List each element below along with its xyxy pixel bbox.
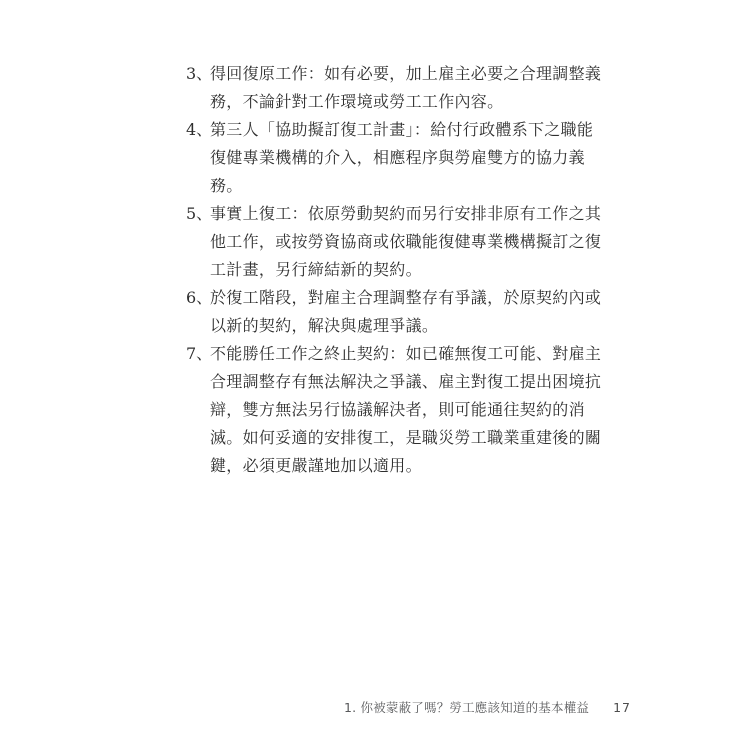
list-item: 5、 事實上復工：依原勞動契約而另行安排非原有工作之其他工作，或按勞資協商或依職…	[186, 200, 622, 284]
text-line: 務，不論針對工作環境或勞工工作內容。	[210, 88, 622, 116]
text-line: 於復工階段，對雇主合理調整存有爭議，於原契約內或	[210, 284, 622, 312]
item-lines: 事實上復工：依原勞動契約而另行安排非原有工作之其他工作，或按勞資協商或依職能復健…	[210, 200, 622, 284]
book-page: 3、 得回復原工作：如有必要，加上雇主必要之合理調整義務，不論針對工作環境或勞工…	[0, 0, 750, 750]
item-number: 4、	[186, 116, 210, 144]
numbered-list: 3、 得回復原工作：如有必要，加上雇主必要之合理調整義務，不論針對工作環境或勞工…	[186, 60, 622, 480]
text-line: 合理調整存有無法解決之爭議、雇主對復工提出困境抗	[210, 368, 622, 396]
page-footer: 1. 你被蒙蔽了嗎？勞工應該知道的基本權益 17	[344, 700, 631, 716]
text-line: 第三人「協助擬訂復工計畫」：給付行政體系下之職能	[210, 116, 622, 144]
text-line: 滅。如何妥適的安排復工，是職災勞工職業重建後的關	[210, 424, 622, 452]
footer-page-number: 17	[613, 700, 631, 716]
footer-chapter-title: 1. 你被蒙蔽了嗎？勞工應該知道的基本權益	[344, 700, 589, 716]
item-number: 6、	[186, 284, 210, 312]
text-line: 務。	[210, 172, 622, 200]
item-number: 5、	[186, 200, 210, 228]
list-item: 3、 得回復原工作：如有必要，加上雇主必要之合理調整義務，不論針對工作環境或勞工…	[186, 60, 622, 116]
list-item: 6、 於復工階段，對雇主合理調整存有爭議，於原契約內或以新的契約，解決與處理爭議…	[186, 284, 622, 340]
item-lines: 得回復原工作：如有必要，加上雇主必要之合理調整義務，不論針對工作環境或勞工工作內…	[210, 60, 622, 116]
list-item: 4、 第三人「協助擬訂復工計畫」：給付行政體系下之職能復健專業機構的介入，相應程…	[186, 116, 622, 200]
text-line: 工計畫，另行締結新的契約。	[210, 256, 622, 284]
text-line: 復健專業機構的介入，相應程序與勞雇雙方的協力義	[210, 144, 622, 172]
item-lines: 不能勝任工作之終止契約：如已確無復工可能、對雇主合理調整存有無法解決之爭議、雇主…	[210, 340, 622, 480]
item-lines: 於復工階段，對雇主合理調整存有爭議，於原契約內或以新的契約，解決與處理爭議。	[210, 284, 622, 340]
item-lines: 第三人「協助擬訂復工計畫」：給付行政體系下之職能復健專業機構的介入，相應程序與勞…	[210, 116, 622, 200]
item-number: 7、	[186, 340, 210, 368]
text-line: 事實上復工：依原勞動契約而另行安排非原有工作之其	[210, 200, 622, 228]
text-line: 辯，雙方無法另行協議解決者，則可能通往契約的消	[210, 396, 622, 424]
text-line: 鍵，必須更嚴謹地加以適用。	[210, 452, 622, 480]
text-line: 他工作，或按勞資協商或依職能復健專業機構擬訂之復	[210, 228, 622, 256]
text-line: 得回復原工作：如有必要，加上雇主必要之合理調整義	[210, 60, 622, 88]
text-line: 不能勝任工作之終止契約：如已確無復工可能、對雇主	[210, 340, 622, 368]
text-line: 以新的契約，解決與處理爭議。	[210, 312, 622, 340]
item-number: 3、	[186, 60, 210, 88]
list-item: 7、 不能勝任工作之終止契約：如已確無復工可能、對雇主合理調整存有無法解決之爭議…	[186, 340, 622, 480]
